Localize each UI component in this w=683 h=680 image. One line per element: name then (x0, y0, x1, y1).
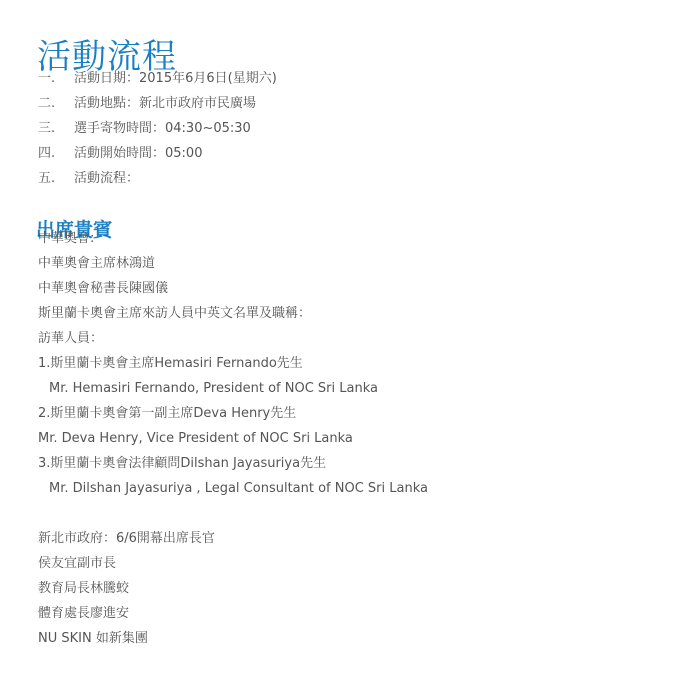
guest-line: 斯里蘭卡奧會主席來訪人員中英文名單及職稱： (38, 301, 428, 326)
guest-line: 3.斯里蘭卡奧會法律顧問Dilshan Jayasuriya先生 (38, 451, 428, 476)
guest-line-english: Mr. Hemasiri Fernando, President of NOC … (38, 376, 428, 401)
item-number: 二. (38, 91, 74, 116)
guests-list: 中華奧會: 中華奧會主席林鴻道 中華奧會秘書長陳國儀 斯里蘭卡奧會主席來訪人員中… (38, 226, 428, 651)
schedule-item-bag-check: 三.選手寄物時間：04:30~05:30 (38, 116, 277, 141)
blank-line (38, 501, 428, 526)
schedule-item-location: 二.活動地點：新北市政府市民廣場 (38, 91, 277, 116)
item-number: 三. (38, 116, 74, 141)
item-text: 活動日期：2015年6月6日(星期六) (74, 71, 277, 86)
guest-line: 體育處長廖進安 (38, 601, 428, 626)
item-number: 四. (38, 141, 74, 166)
guest-line: 中華奧會: (38, 226, 428, 251)
item-number: 一. (38, 66, 74, 91)
schedule-list: 一.活動日期：2015年6月6日(星期六) 二.活動地點：新北市政府市民廣場 三… (38, 66, 277, 191)
guest-line-english: Mr. Deva Henry, Vice President of NOC Sr… (38, 426, 428, 451)
guest-line: 中華奧會主席林鴻道 (38, 251, 428, 276)
guest-line: 新北市政府：6/6開幕出席長官 (38, 526, 428, 551)
guest-line-english: Mr. Dilshan Jayasuriya , Legal Consultan… (38, 476, 428, 501)
item-text: 活動流程： (74, 171, 139, 186)
guest-line: 訪華人員： (38, 326, 428, 351)
schedule-item-date: 一.活動日期：2015年6月6日(星期六) (38, 66, 277, 91)
guest-line: NU SKIN 如新集團 (38, 626, 428, 651)
schedule-item-flow: 五.活動流程： (38, 166, 277, 191)
guest-line: 侯友宜副市長 (38, 551, 428, 576)
schedule-item-start-time: 四.活動開始時間：05:00 (38, 141, 277, 166)
guest-line: 教育局長林騰蛟 (38, 576, 428, 601)
item-text: 選手寄物時間：04:30~05:30 (74, 121, 251, 136)
guest-line: 1.斯里蘭卡奧會主席Hemasiri Fernando先生 (38, 351, 428, 376)
item-text: 活動開始時間：05:00 (74, 146, 202, 161)
item-number: 五. (38, 166, 74, 191)
guest-line: 2.斯里蘭卡奧會第一副主席Deva Henry先生 (38, 401, 428, 426)
guest-line: 中華奧會秘書長陳國儀 (38, 276, 428, 301)
item-text: 活動地點：新北市政府市民廣場 (74, 96, 256, 111)
